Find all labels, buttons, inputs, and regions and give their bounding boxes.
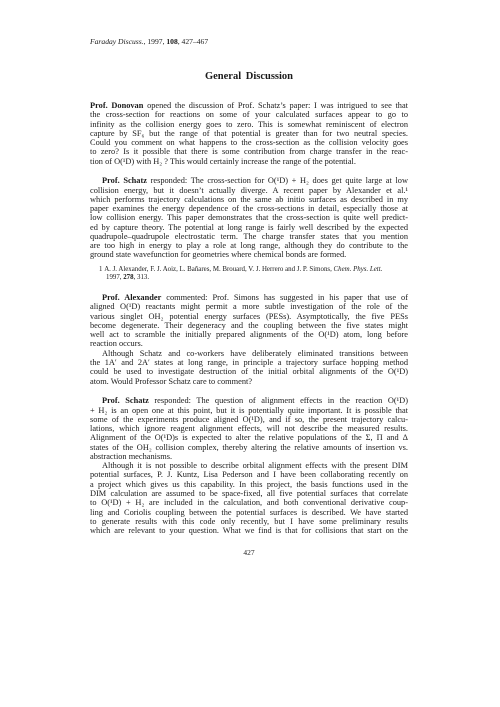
speaker-name: Prof. Alexander <box>102 293 161 302</box>
paragraph-schatz-response-1: Prof. Schatz responded: The cross-sectio… <box>90 176 408 259</box>
speaker-name: Prof. Donovan <box>90 101 143 110</box>
paragraph-gap <box>90 282 408 293</box>
speaker-name: Prof. Schatz <box>102 396 149 405</box>
paragraph-gap <box>90 166 408 177</box>
running-head: Faraday Discuss., 1997, 108, 427–467 <box>90 37 208 46</box>
discussion-body: Prof. Donovan opened the discussion of P… <box>90 101 408 535</box>
journal-name: Faraday Discuss. <box>90 37 144 46</box>
paragraph-donovan: Prof. Donovan opened the discussion of P… <box>90 101 408 166</box>
journal-pages: , 427–467 <box>178 37 208 46</box>
journal-volume: 108 <box>166 37 177 46</box>
journal-year: , 1997, <box>144 37 167 46</box>
footnote-journal: Chem. Phys. Lett. <box>334 266 383 273</box>
footnote: 1 A. J. Alexander, F. J. Aoiz, L. Bañare… <box>90 266 408 282</box>
paragraph-alexander: Prof. Alexander commented: Prof. Simons … <box>90 293 408 386</box>
footnote-marker: 1 <box>99 266 102 273</box>
page-number: 427 <box>90 548 408 557</box>
speaker-name: Prof. Schatz <box>102 176 147 185</box>
paragraph-schatz-response-2: Prof. Schatz responded: The question of … <box>90 396 408 535</box>
page-title: General Discussion <box>90 71 408 83</box>
paragraph-gap <box>90 386 408 397</box>
